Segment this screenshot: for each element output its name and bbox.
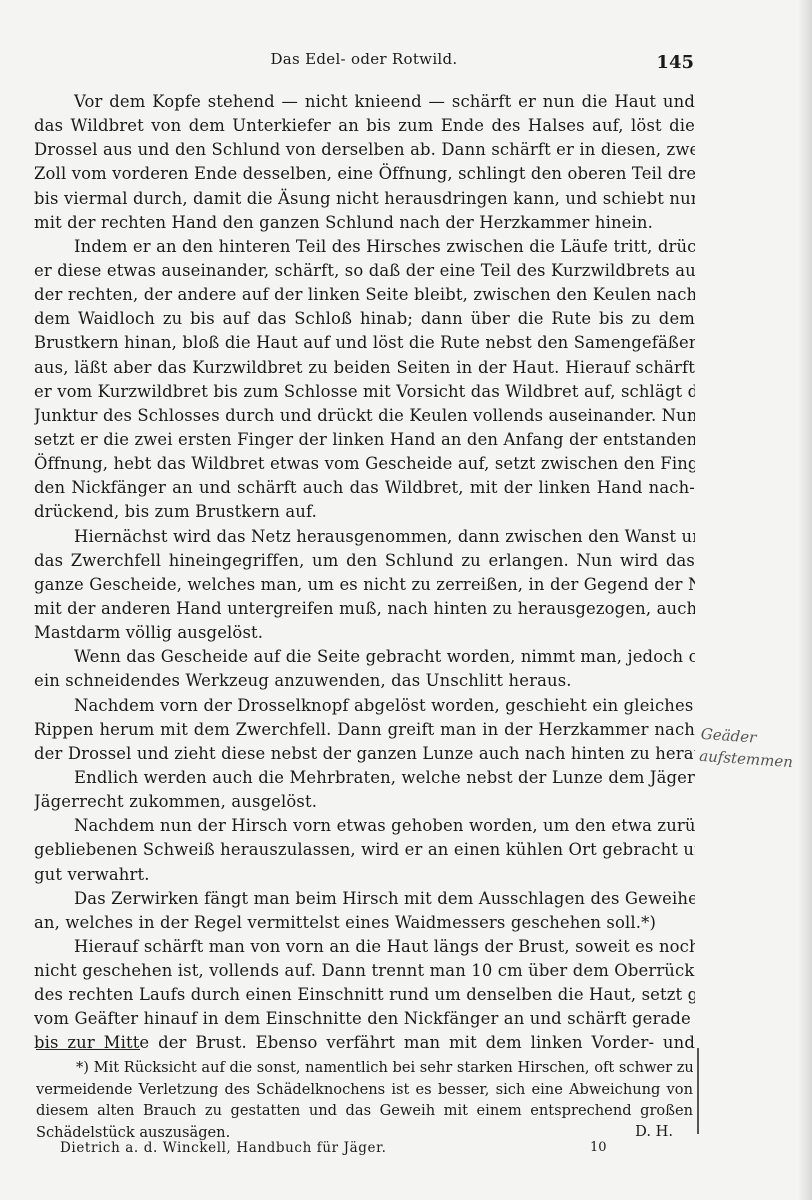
text-line: mit der rechten Hand den ganzen Schlund …: [34, 211, 695, 235]
text-line: Nachdem nun der Hirsch vorn etwas gehobe…: [34, 814, 695, 838]
text-line: der Drossel und zieht diese nebst der ga…: [34, 742, 695, 766]
handwritten-margin-note: Geäder aufstemmen: [699, 723, 796, 773]
text-line: bis zur Mitte der Brust. Ebenso verfährt…: [34, 1031, 695, 1055]
running-title: Das Edel- oder Rotwild.: [34, 50, 694, 68]
text-line: vom Geäfter hinauf in dem Einschnitte de…: [34, 1007, 695, 1031]
text-line: Wenn das Gescheide auf die Seite gebrach…: [34, 645, 695, 669]
text-line: Hiernächst wird das Netz herausgenommen,…: [34, 525, 695, 549]
text-line: Brustkern hinan, bloß die Haut auf und l…: [34, 331, 695, 355]
text-line: Junktur des Schlosses durch und drückt d…: [34, 404, 695, 428]
text-line: setzt er die zwei ersten Finger der link…: [34, 428, 695, 452]
footnote-line: vermeidende Verletzung des Schädelknoche…: [36, 1079, 693, 1101]
text-line: er diese etwas auseinander, schärft, so …: [34, 259, 695, 283]
text-line: bis viermal durch, damit die Äsung nicht…: [34, 187, 695, 211]
page-edge-shadow: [798, 0, 812, 1200]
text-line: Das Zerwirken fängt man beim Hirsch mit …: [34, 887, 695, 911]
text-line: dem Waidloch zu bis auf das Schloß hinab…: [34, 307, 695, 331]
text-line: Mastdarm völlig ausgelöst.: [34, 621, 695, 645]
margin-mark: [697, 1048, 699, 1134]
text-line: nicht geschehen ist, vollends auf. Dann …: [34, 959, 695, 983]
text-line: das Wildbret von dem Unterkiefer an bis …: [34, 114, 695, 138]
text-line: Zoll vom vorderen Ende desselben, eine Ö…: [34, 162, 695, 186]
text-line: er vom Kurzwildbret bis zum Schlosse mit…: [34, 380, 695, 404]
footnote-line: diesem alten Brauch zu gestatten und das…: [36, 1100, 693, 1122]
text-line: mit der anderen Hand untergreifen muß, n…: [34, 597, 695, 621]
text-line: das Zwerchfell hineingegriffen, um den S…: [34, 549, 695, 573]
text-line: Vor dem Kopfe stehend — nicht knieend — …: [34, 90, 695, 114]
text-line: aus, läßt aber das Kurzwildbret zu beide…: [34, 356, 695, 380]
text-line: der rechten, der andere auf der linken S…: [34, 283, 695, 307]
text-line: Endlich werden auch die Mehrbraten, welc…: [34, 766, 695, 790]
text-line: Indem er an den hinteren Teil des Hirsch…: [34, 235, 695, 259]
footnote-rule: [36, 1049, 140, 1050]
page-number: 145: [654, 52, 694, 73]
footnote-signature: D. H.: [635, 1121, 673, 1143]
footnote: *) Mit Rücksicht auf die sonst, namentli…: [36, 1057, 693, 1143]
text-line: Hierauf schärft man von vorn an die Haut…: [34, 935, 695, 959]
footnote-line: *) Mit Rücksicht auf die sonst, namentli…: [36, 1057, 693, 1079]
text-line: Drossel aus und den Schlund von derselbe…: [34, 138, 695, 162]
text-line: drückend, bis zum Brustkern auf.: [34, 500, 695, 524]
text-line: ganze Gescheide, welches man, um es nich…: [34, 573, 695, 597]
text-line: gut verwahrt.: [34, 863, 695, 887]
text-line: den Nickfänger an und schärft auch das W…: [34, 476, 695, 500]
text-line: Öffnung, hebt das Wildbret etwas vom Ges…: [34, 452, 695, 476]
text-line: ein schneidendes Werkzeug anzuwenden, da…: [34, 669, 695, 693]
sheet-number: 10: [590, 1140, 607, 1155]
text-line: Jägerrecht zukommen, ausgelöst.: [34, 790, 695, 814]
body-text: Vor dem Kopfe stehend — nicht knieend — …: [34, 90, 695, 1056]
book-page: Das Edel- oder Rotwild. 145 Vor dem Kopf…: [0, 0, 812, 1200]
text-line: an, welches in der Regel vermittelst ein…: [34, 911, 695, 935]
text-line: Nachdem vorn der Drosselknopf abgelöst w…: [34, 694, 695, 718]
text-line: gebliebenen Schweiß herauszulassen, wird…: [34, 838, 695, 862]
book-title-line: Dietrich a. d. Winckell, Handbuch für Jä…: [60, 1140, 387, 1156]
text-line: des rechten Laufs durch einen Einschnitt…: [34, 983, 695, 1007]
text-line: Rippen herum mit dem Zwerchfell. Dann gr…: [34, 718, 695, 742]
